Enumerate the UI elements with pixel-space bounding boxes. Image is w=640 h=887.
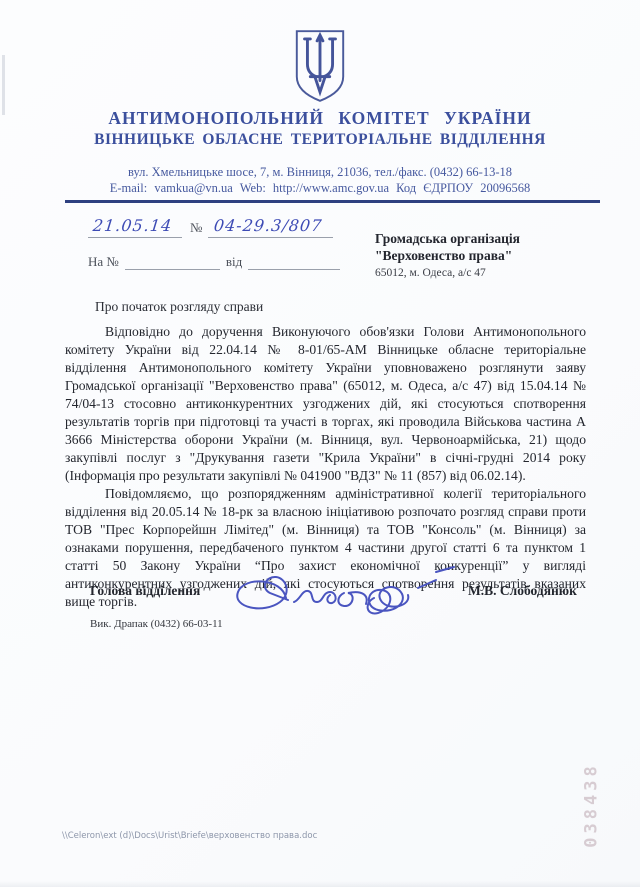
handwritten-number: 04-29.3/807 (213, 216, 323, 235)
org-name-line1: АНТИМОНОПОЛЬНИЙ КОМІТЕТ УКРАЇНИ (0, 108, 640, 129)
subject-line: Про початок розгляду справи (95, 299, 263, 315)
scan-bottom-shade (0, 881, 640, 887)
signature-scribble-icon (222, 560, 472, 637)
recipient-block: Громадська організація "Верховенство пра… (375, 230, 595, 282)
reply-date-blank (248, 269, 340, 270)
document-file-path: \\Celeron\ext (d)\Docs\Urist\Briefe\верх… (62, 831, 317, 841)
recipient-org-name: "Верховенство права" (375, 247, 595, 264)
executor-line: Вик. Драпак (0432) 66-03-11 (90, 618, 223, 630)
trident-emblem-icon (0, 28, 640, 104)
outgoing-reference-row: 21.05.14 № 04-29.3/807 (88, 216, 333, 238)
signatory-title: Голова відділення (90, 583, 200, 599)
org-address: вул. Хмельницьке шосе, 7, м. Вінниця, 21… (0, 165, 640, 180)
body-paragraph-1: Відповідно до доручення Виконуючого обов… (65, 323, 586, 485)
recipient-org-type: Громадська організація (375, 230, 595, 247)
signatory-name: М.В. Слободянюк (468, 583, 577, 599)
letterhead-divider (65, 200, 600, 203)
scanned-letter-page: АНТИМОНОПОЛЬНИЙ КОМІТЕТ УКРАЇНИ ВІННИЦЬК… (0, 0, 640, 887)
org-name-line2: ВІННИЦЬКЕ ОБЛАСНЕ ТЕРИТОРІАЛЬНЕ ВІДДІЛЕН… (0, 131, 640, 149)
registration-stamp-number: 038438 (581, 762, 601, 847)
reply-number-blank (125, 269, 220, 270)
number-sign: № (190, 220, 202, 236)
incoming-reference-row: На № від (88, 254, 340, 270)
recipient-address: 65012, м. Одеса, а/с 47 (375, 265, 595, 282)
org-contacts: E-mail: vamkua@vn.ua Web: http://www.amc… (0, 181, 640, 196)
reply-label-na: На № (88, 254, 119, 270)
reply-label-vid: від (226, 254, 242, 270)
handwritten-date: 21.05.14 (92, 216, 173, 235)
